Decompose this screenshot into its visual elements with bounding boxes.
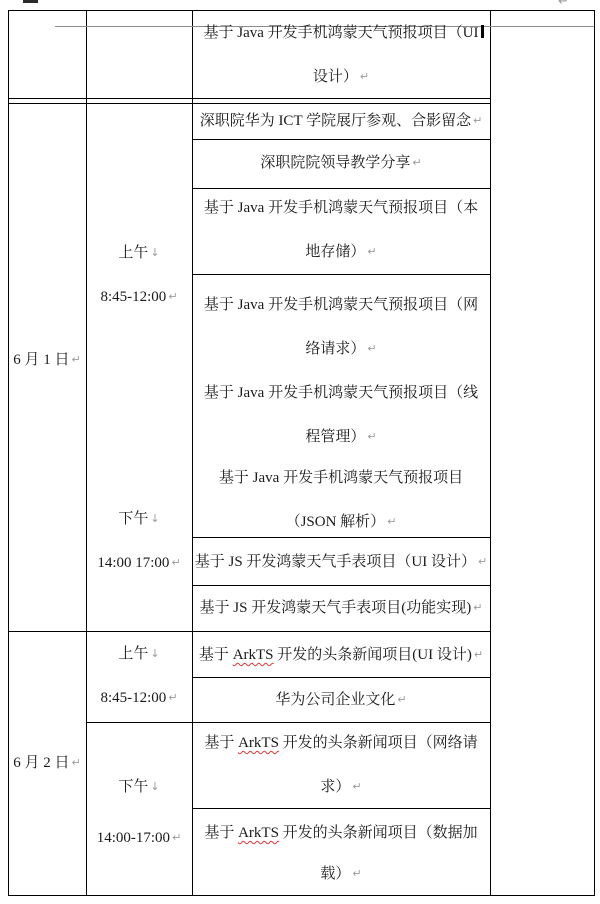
schedule-item[interactable]: 程管理）↵	[192, 427, 490, 447]
grid-line-vertical	[594, 10, 595, 896]
linebreak-mark: ↓	[150, 647, 159, 660]
schedule-item[interactable]: 基于 JS 开发鸿蒙天气手表项目（UI 设计）↵	[192, 552, 490, 572]
day2-afternoon-label[interactable]: 下午↓	[86, 777, 192, 797]
linebreak-mark: ↓	[150, 246, 159, 259]
pilcrow-mark: ↵	[72, 353, 81, 366]
schedule-item[interactable]: 基于 ArkTS 开发的头条新闻项目（数据加	[192, 823, 490, 843]
day1-morning-time[interactable]: 8:45-12:00↵	[86, 287, 192, 307]
grid-line-horizontal	[192, 274, 491, 275]
schedule-item[interactable]: 深职院华为 ICT 学院展厅参观、合影留念↵	[192, 111, 490, 131]
schedule-item[interactable]: 基于 ArkTS 开发的头条新闻项目(UI 设计)↵	[192, 645, 490, 665]
schedule-item[interactable]: 络请求）↵	[192, 339, 490, 359]
schedule-item[interactable]: 设计）↵	[192, 67, 490, 87]
day2-morning-label[interactable]: 上午↓	[86, 644, 192, 664]
schedule-item[interactable]: （JSON 解析）↵	[192, 512, 490, 532]
schedule-item[interactable]: 深职院院领导教学分享↵	[192, 153, 490, 173]
day1-afternoon-label[interactable]: 下午↓	[86, 509, 192, 529]
pilcrow-mark: ↵	[367, 430, 376, 443]
pilcrow-mark: ↵	[72, 756, 81, 769]
linebreak-mark: ↓	[150, 512, 159, 525]
schedule-item[interactable]: 基于 Java 开发手机鸿蒙天气预报项目（本	[192, 198, 490, 218]
grid-line-horizontal	[8, 631, 491, 632]
pilcrow-mark: ↵	[171, 556, 180, 569]
pilcrow-mark: ↵	[473, 601, 482, 614]
pilcrow-mark: ↵	[473, 114, 482, 127]
schedule-item[interactable]: 基于 JS 开发鸿蒙天气手表项目(功能实现)↵	[192, 598, 490, 618]
schedule-item[interactable]: 华为公司企业文化↵	[192, 690, 490, 710]
day1-afternoon-time[interactable]: 14:00 17:00↵	[86, 553, 192, 573]
day2-morning-time[interactable]: 8:45-12:00↵	[86, 688, 192, 708]
grid-line-vertical	[192, 10, 193, 896]
pilcrow-mark: ↵	[367, 245, 376, 258]
schedule-item[interactable]: 基于 Java 开发手机鸿蒙天气预报项目（网	[192, 295, 490, 315]
schedule-item[interactable]: 基于 Java 开发手机鸿蒙天气预报项目（线	[192, 383, 490, 403]
date-cell-day2[interactable]: 6 月 2 日↵	[8, 753, 86, 773]
pilcrow-mark: ↵	[478, 555, 487, 568]
grid-line-horizontal	[8, 10, 595, 11]
schedule-item[interactable]: 求）↵	[192, 777, 490, 797]
spellcheck-squiggle-text: ArkTS	[238, 735, 279, 751]
day2-afternoon-time[interactable]: 14:00-17:00↵	[86, 828, 192, 848]
grid-line-horizontal	[192, 537, 491, 538]
schedule-item[interactable]: 载）↵	[192, 864, 490, 884]
grid-line-horizontal	[192, 139, 491, 140]
pilcrow-mark: ↵	[352, 780, 361, 793]
schedule-item[interactable]: 基于 Java 开发手机鸿蒙天气预报项目（UI	[192, 23, 490, 43]
word-document-page: ↵ 基于 Java 开发手机鸿蒙天气预报项目（UI 设计）↵ 6 月 1 日↵	[0, 0, 600, 904]
grid-line-horizontal	[8, 98, 491, 99]
schedule-item[interactable]: 地存储）↵	[192, 242, 490, 262]
spellcheck-squiggle-text: ArkTS	[233, 647, 274, 663]
pilcrow-mark: ↵	[558, 0, 569, 9]
date-cell-day1[interactable]: 6 月 1 日↵	[8, 350, 86, 370]
pilcrow-mark: ↵	[168, 290, 177, 303]
pilcrow-mark: ↵	[412, 156, 421, 169]
grid-line-horizontal	[192, 677, 491, 678]
grid-line-horizontal	[8, 103, 491, 104]
pilcrow-mark: ↵	[397, 693, 406, 706]
pilcrow-mark: ↵	[474, 648, 483, 661]
grid-line-horizontal	[8, 895, 595, 896]
spellcheck-squiggle-text: ArkTS	[238, 825, 279, 841]
pilcrow-mark: ↵	[360, 70, 369, 83]
grid-line-vertical	[490, 10, 491, 896]
grid-line-horizontal	[192, 808, 491, 809]
grid-line-horizontal	[192, 188, 491, 189]
schedule-item[interactable]: 基于 ArkTS 开发的头条新闻项目（网络请	[192, 733, 490, 753]
grid-line-horizontal	[192, 585, 491, 586]
linebreak-mark: ↓	[150, 780, 159, 793]
grid-line-vertical	[86, 10, 87, 896]
pilcrow-mark: ↵	[168, 691, 177, 704]
schedule-item[interactable]: 基于 Java 开发手机鸿蒙天气预报项目	[192, 468, 490, 488]
pilcrow-mark: ↵	[387, 515, 396, 528]
cropped-text-artifact	[23, 0, 38, 3]
pilcrow-mark: ↵	[352, 867, 361, 880]
pilcrow-mark: ↵	[367, 342, 376, 355]
pilcrow-mark: ↵	[172, 831, 181, 844]
day1-morning-label[interactable]: 上午↓	[86, 243, 192, 263]
grid-line-horizontal	[86, 722, 491, 723]
